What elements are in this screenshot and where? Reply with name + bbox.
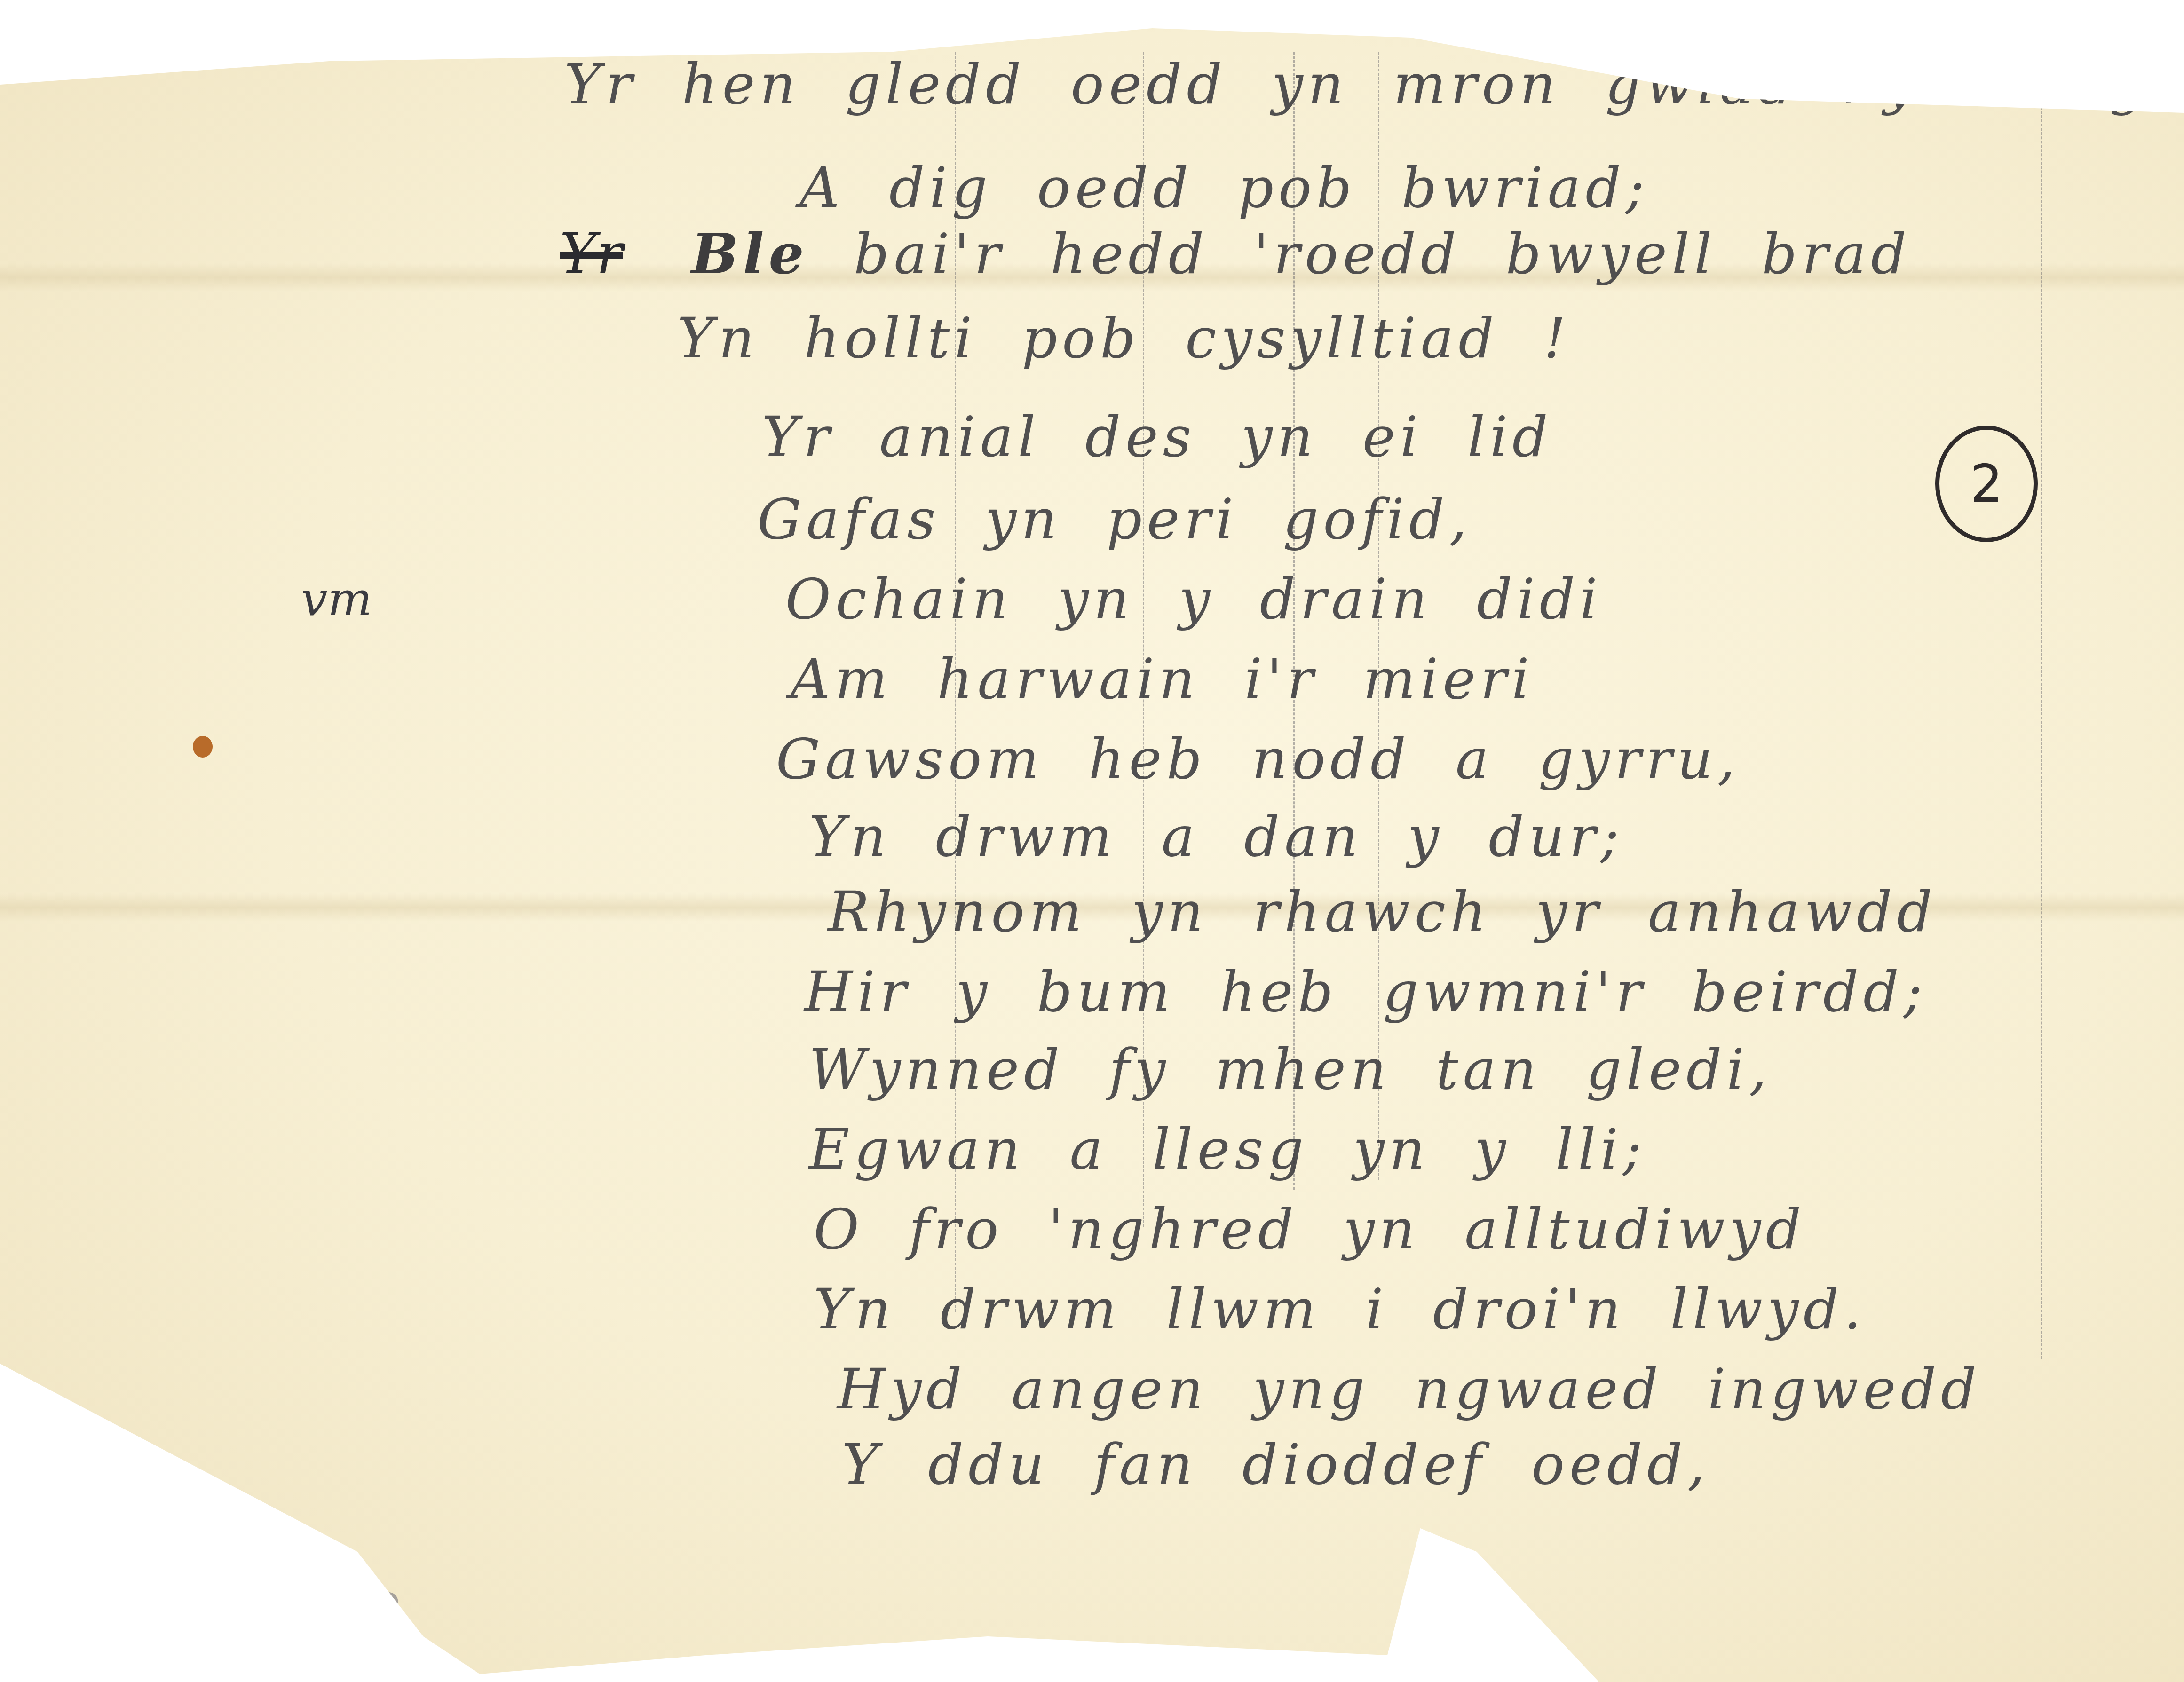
page-number-text: 2 (1970, 454, 2003, 514)
poem-line-4: Yn hollti pob cysylltiad ! (677, 306, 1571, 371)
poem-line-13: Wynned fy mhen tan gledi, (809, 1037, 1771, 1102)
poem-line-17: Hyd angen yng ngwaed ingwedd (837, 1357, 1981, 1421)
rust-spot (54, 1509, 62, 1520)
poem-line-12: Hir y bum heb gwmni'r beirdd; (804, 959, 1927, 1024)
rust-spot (40, 1528, 46, 1537)
poem-line-1: Yr hen gledd oedd yn mron gwlad hyd ei g… (564, 52, 2184, 117)
poem-line-9: Gawsom heb nodd a gyrru, (776, 726, 1740, 791)
struck-word: Yr (560, 221, 623, 286)
mirrored-stamp-showthrough: S—134 139 (141, 1585, 401, 1635)
circled-page-number: 2 (1935, 426, 2038, 542)
poem-line-11: Rhynom yn rhawch yr anhawdd (828, 879, 1937, 944)
poem-line-16: Yn drwm llwm i droi'n llwyd. (814, 1277, 1866, 1342)
poem-line-5: Yr anial des yn ei lid (762, 404, 1552, 469)
poem-line-7: Ochain yn y drain didi (785, 567, 1602, 632)
poem-line-14: Egwan a llesg yn y lli; (809, 1117, 1646, 1182)
poem-line-8: Am harwain i'r mieri (790, 647, 1534, 711)
manuscript-paper: Yr hen gledd oedd yn mron gwlad hyd ei g… (0, 0, 2184, 1682)
poem-line-6: Gafas yn peri gofid, (757, 487, 1472, 552)
poem-line-18: Y ddu fan dioddef oedd, (842, 1432, 1709, 1497)
line3-rest: bai'r hedd 'roedd bwyell brad (854, 221, 1911, 286)
poem-line-2: A dig oedd pob bwriad; (799, 155, 1649, 220)
line3-first-word: Ble (691, 221, 809, 286)
poem-line-15: O fro 'nghred yn alltudiwyd (814, 1197, 1806, 1262)
margin-annotation: vm (301, 571, 372, 626)
poem-line-10: Yn drwm a dan y dur; (809, 804, 1624, 869)
rust-spot (33, 1462, 41, 1474)
ruled-line (2041, 52, 2042, 1359)
poem-line-3: Ble bai'r hedd 'roedd bwyell brad (691, 221, 1911, 286)
rust-spot (193, 736, 213, 758)
